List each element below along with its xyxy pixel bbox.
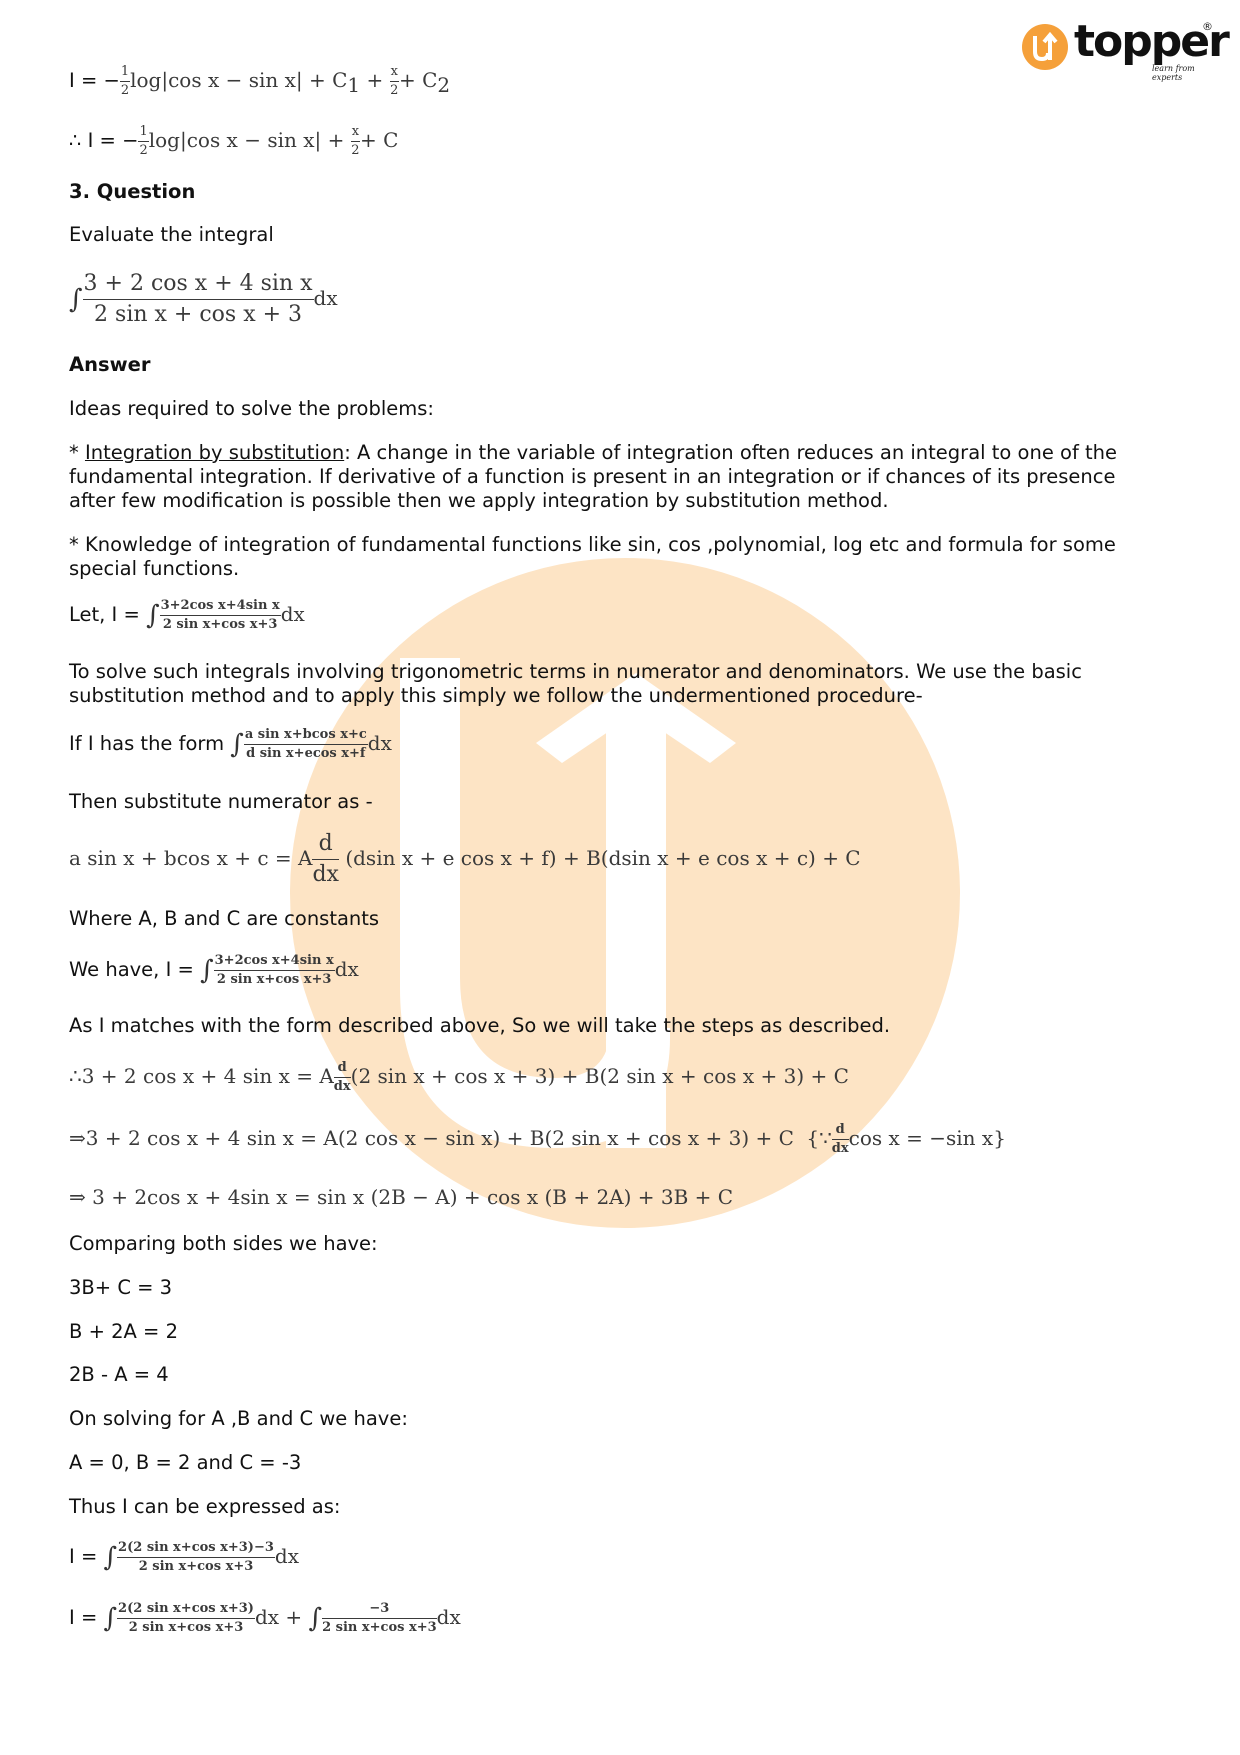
math: cos x = −sin x} xyxy=(849,1126,1006,1150)
constants-text: Where A, B and C are constants xyxy=(69,907,379,931)
solving-text: On solving for A ,B and C we have: xyxy=(69,1407,408,1431)
math: dx xyxy=(335,957,359,981)
math: dx xyxy=(368,731,392,755)
comparing-text: Comparing both sides we have: xyxy=(69,1232,378,1256)
registered-mark: ® xyxy=(1202,20,1213,33)
question-prompt: Evaluate the integral xyxy=(69,223,274,247)
logo-tagline: learn from experts xyxy=(1152,64,1222,82)
math: + C xyxy=(399,68,437,92)
text: Let, I = xyxy=(69,603,146,626)
integral-sign-icon: ∫ xyxy=(104,1604,118,1634)
math: + xyxy=(360,68,389,92)
final-result-line: ∴ I = −12log|cos x − sin x| + x2+ C xyxy=(69,124,398,159)
substitution-link[interactable]: Integration by substitution xyxy=(85,441,344,464)
math: {∵ xyxy=(806,1126,831,1150)
equation-1: 3B+ C = 3 xyxy=(69,1276,172,1300)
math: + xyxy=(279,1605,308,1629)
step-3: ⇒ 3 + 2cos x + 4sin x = sin x (2B − A) +… xyxy=(69,1185,733,1210)
math: log|cos x − sin x| + C xyxy=(130,68,347,92)
method-text: To solve such integrals involving trigon… xyxy=(69,660,1159,708)
math: ∴3 + 2 cos x + 4 sin x = A xyxy=(69,1064,334,1088)
math: dx xyxy=(275,1544,299,1568)
math: a sin x + bcos x + c = A xyxy=(69,846,312,870)
bullet-substitution: * Integration by substitution: A change … xyxy=(69,441,1159,513)
text: I = − xyxy=(69,69,120,92)
frac-den: 2 sin x+cos x+3 xyxy=(117,1619,255,1636)
form-integral: If I has the form ∫a sin x+bcos x+cd sin… xyxy=(69,727,392,762)
bullet-star: * xyxy=(69,441,85,464)
text: I = xyxy=(69,1545,104,1568)
frac-num: 2(2 sin x+cos x+3)−3 xyxy=(117,1540,275,1558)
frac-den: 2 xyxy=(120,82,130,99)
previous-result-line: I = −12log|cos x − sin x| + C1 + x2+ C2 xyxy=(69,64,450,99)
text: I = xyxy=(69,1606,104,1629)
frac-num: 1 xyxy=(120,64,130,82)
frac-num: d xyxy=(832,1122,849,1140)
frac-den: 2 xyxy=(138,142,148,159)
frac-num: x xyxy=(351,124,360,142)
text: We have, I = xyxy=(69,958,200,981)
integral-sign-icon: ∫ xyxy=(230,730,244,760)
math: (2 sin x + cos x + 3) + B(2 sin x + cos … xyxy=(351,1064,849,1088)
we-have-integral: We have, I = ∫3+2cos x+4sin x2 sin x+cos… xyxy=(69,953,359,988)
substitute-text: Then substitute numerator as - xyxy=(69,790,373,814)
frac-den: 2 xyxy=(390,82,399,99)
matches-text: As I matches with the form described abo… xyxy=(69,1014,890,1038)
math: dx xyxy=(314,286,338,310)
integral-sign-icon: ∫ xyxy=(309,1604,323,1634)
frac-num: d xyxy=(312,830,339,860)
frac-den: d sin x+ecos x+f xyxy=(244,745,368,762)
step-1: ∴3 + 2 cos x + 4 sin x = Addx(2 sin x + … xyxy=(69,1060,849,1095)
math: dx xyxy=(437,1605,461,1629)
frac-den: 2 sin x+cos x+3 xyxy=(160,616,281,633)
frac-den: dx xyxy=(832,1140,849,1157)
math: (dsin x + e cos x + f) + B(dsin x + e co… xyxy=(339,846,861,870)
expression-2: I = ∫2(2 sin x+cos x+3)2 sin x+cos x+3dx… xyxy=(69,1601,461,1636)
frac-den: dx xyxy=(312,860,339,889)
math: dx xyxy=(281,602,305,626)
sub: 2 xyxy=(437,73,450,97)
integral-sign-icon: ∫ xyxy=(146,601,160,631)
text: If I has the form xyxy=(69,732,230,755)
step-2: ⇒3 + 2 cos x + 4 sin x = A(2 cos x − sin… xyxy=(69,1122,1006,1157)
frac-num: x xyxy=(390,64,399,82)
ideas-intro: Ideas required to solve the problems: xyxy=(69,397,434,421)
equation-3: 2B - A = 4 xyxy=(69,1363,169,1387)
frac-den: dx xyxy=(334,1078,351,1095)
frac-den: 2 xyxy=(351,142,360,159)
question-heading: 3. Question xyxy=(69,180,195,204)
frac-num: 2(2 sin x+cos x+3) xyxy=(117,1601,255,1619)
math: ⇒3 + 2 cos x + 4 sin x = A(2 cos x − sin… xyxy=(69,1126,794,1150)
integral-sign-icon: ∫ xyxy=(200,956,214,986)
answer-heading: Answer xyxy=(69,353,150,377)
logo-u-icon xyxy=(1022,24,1068,70)
math: ⇒ 3 + 2cos x + 4sin x = sin x (2B − A) +… xyxy=(69,1185,733,1209)
question-integral: ∫3 + 2 cos x + 4 sin x2 sin x + cos x + … xyxy=(69,270,338,329)
frac-num: a sin x+bcos x+c xyxy=(244,727,368,745)
frac-num: −3 xyxy=(322,1601,437,1619)
integral-sign-icon: ∫ xyxy=(104,1543,118,1573)
substitution-equation: a sin x + bcos x + c = Addx (dsin x + e … xyxy=(69,830,861,889)
frac-den: 2 sin x + cos x + 3 xyxy=(83,300,314,329)
solution-values: A = 0, B = 2 and C = -3 xyxy=(69,1451,301,1475)
let-integral: Let, I = ∫3+2cos x+4sin x2 sin x+cos x+3… xyxy=(69,598,305,633)
frac-num: 3 + 2 cos x + 4 sin x xyxy=(83,270,314,300)
expression-1: I = ∫2(2 sin x+cos x+3)−32 sin x+cos x+3… xyxy=(69,1540,299,1575)
frac-num: 3+2cos x+4sin x xyxy=(160,598,281,616)
brand-logo: topper learn from experts ® xyxy=(1022,22,1222,82)
integral-sign-icon: ∫ xyxy=(69,285,83,315)
math: + C xyxy=(360,128,398,152)
text: ∴ I = − xyxy=(69,129,138,152)
math: dx xyxy=(255,1605,279,1629)
frac-den: 2 sin x+cos x+3 xyxy=(214,971,335,988)
thus-text: Thus I can be expressed as: xyxy=(69,1495,340,1519)
frac-den: 2 sin x+cos x+3 xyxy=(322,1619,437,1636)
equation-2: B + 2A = 2 xyxy=(69,1320,178,1344)
math: log|cos x − sin x| + xyxy=(149,128,351,152)
bullet-knowledge: * Knowledge of integration of fundamenta… xyxy=(69,533,1159,581)
frac-num: 1 xyxy=(138,124,148,142)
frac-num: 3+2cos x+4sin x xyxy=(214,953,335,971)
sub: 1 xyxy=(347,73,360,97)
frac-num: d xyxy=(334,1060,351,1078)
frac-den: 2 sin x+cos x+3 xyxy=(117,1558,275,1575)
